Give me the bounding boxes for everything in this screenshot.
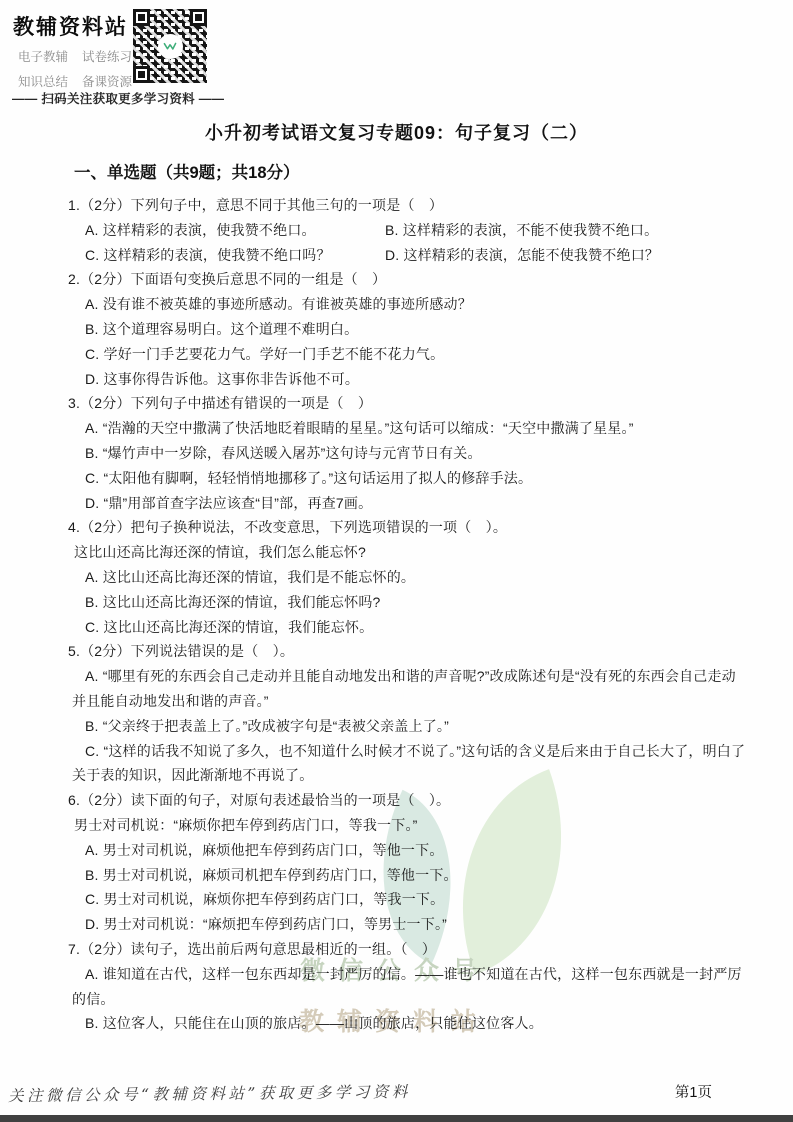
- qr-finder-top-right: [190, 9, 207, 26]
- question-4-option-b: B. 这比山还高比海还深的情谊，我们能忘怀吗?: [72, 590, 750, 615]
- bottom-bar: [0, 1115, 793, 1122]
- question-1-stem: 1.（2分）下列句子中，意思不同于其他三句的一项是（ ）: [68, 193, 750, 218]
- page-number: 第1页: [675, 1081, 712, 1102]
- question-2-option-c: C. 学好一门手艺要花力气。学好一门手艺不能不花力气。: [72, 342, 750, 367]
- question-6-option-b: B. 男士对司机说，麻烦司机把车停到药店门口，等他一下。: [72, 863, 750, 888]
- question-6-stem: 6.（2分）读下面的句子，对原句表述最恰当的一项是（ ）。: [68, 788, 750, 813]
- brand-tagline-3: 知识总结: [18, 72, 68, 90]
- qr-code: [133, 9, 207, 83]
- question-6-intro: 男士对司机说：“麻烦你把车停到药店门口，等我一下。”: [72, 813, 750, 838]
- section-heading: 一、单选题（共9题；共18分）: [74, 159, 300, 183]
- question-7-stem: 7.（2分）读句子，选出前后两句意思最相近的一组。（ ）: [68, 937, 750, 962]
- question-2-stem: 2.（2分）下面语句变换后意思不同的一组是（ ）: [68, 267, 750, 292]
- question-3: 3.（2分）下列句子中描述有错误的一项是（ ） A. “浩瀚的天空中撒满了快活地…: [72, 391, 750, 515]
- scan-caption: —— 扫码关注获取更多学习资料 ——: [12, 89, 224, 107]
- question-3-option-c: C. “太阳他有脚啊，轻轻悄悄地挪移了。”这句话运用了拟人的修辞手法。: [72, 466, 750, 491]
- question-1-options-row-1: A. 这样精彩的表演，使我赞不绝口。 B. 这样精彩的表演，不能不使我赞不绝口。: [72, 218, 750, 243]
- footer-note: 关注微信公众号“教辅资料站”获取更多学习资料: [8, 1080, 411, 1106]
- question-2-option-d: D. 这事你得告诉他。这事你非告诉他不可。: [72, 367, 750, 392]
- question-1-option-a: A. 这样精彩的表演，使我赞不绝口。: [72, 218, 385, 243]
- question-4-stem: 4.（2分）把句子换种说法，不改变意思，下列选项错误的一项（ ）。: [68, 515, 750, 540]
- question-5-option-b: B. “父亲终于把表盖上了。”改成被字句是“表被父亲盖上了。”: [72, 714, 750, 739]
- question-4-option-c: C. 这比山还高比海还深的情谊，我们能忘怀。: [72, 615, 750, 640]
- question-7-option-b: B. 这位客人，只能住在山顶的旅店。——山顶的旅店，只能住这位客人。: [72, 1011, 750, 1036]
- question-7-option-a: A. 谁知道在古代，这样一包东西却是一封严厉的信。——谁也不知道在古代，这样一包…: [72, 962, 750, 1012]
- question-1-option-b: B. 这样精彩的表演，不能不使我赞不绝口。: [385, 218, 750, 243]
- question-1-option-d: D. 这样精彩的表演，怎能不使我赞不绝口？: [385, 243, 750, 268]
- question-3-option-d: D. “鼎”用部首查字法应该查“目”部，再查7画。: [72, 491, 750, 516]
- question-4-intro: 这比山还高比海还深的情谊，我们怎么能忘怀?: [72, 540, 750, 565]
- question-5-option-a: A. “哪里有死的东西会自己走动并且能自动地发出和谐的声音呢?”改成陈述句是“没…: [72, 664, 750, 714]
- question-3-option-a: A. “浩瀚的天空中撒满了快活地眨着眼睛的星星。”这句话可以缩成：“天空中撒满了…: [72, 416, 750, 441]
- document-page: 微信公众号 教辅资料站 教辅资料站 电子教辅 试卷练习 知识总结 备课资源 ——…: [0, 0, 793, 1122]
- brand-tagline-1: 电子教辅: [18, 47, 68, 65]
- question-2-option-a: A. 没有谁不被英雄的事迹所感动。有谁被英雄的事迹所感动？: [72, 292, 750, 317]
- brand-tagline-4: 备课资源: [82, 72, 132, 90]
- question-6-option-c: C. 男士对司机说，麻烦你把车停到药店门口，等我一下。: [72, 887, 750, 912]
- question-2: 2.（2分）下面语句变换后意思不同的一组是（ ） A. 没有谁不被英雄的事迹所感…: [72, 267, 750, 391]
- brand-logo: 教辅资料站: [13, 11, 128, 41]
- brand-tagline-2: 试卷练习: [82, 47, 132, 65]
- question-1: 1.（2分）下列句子中，意思不同于其他三句的一项是（ ） A. 这样精彩的表演，…: [72, 193, 750, 267]
- question-6-option-d: D. 男士对司机说：“麻烦把车停到药店门口，等男士一下。”: [72, 912, 750, 937]
- qr-finder-top-left: [133, 9, 150, 26]
- question-4-option-a: A. 这比山还高比海还深的情谊，我们是不能忘怀的。: [72, 565, 750, 590]
- question-5-stem: 5.（2分）下列说法错误的是（ ）。: [68, 639, 750, 664]
- question-1-option-c: C. 这样精彩的表演，使我赞不绝口吗？: [72, 243, 385, 268]
- question-list: 1.（2分）下列句子中，意思不同于其他三句的一项是（ ） A. 这样精彩的表演，…: [72, 193, 750, 1036]
- qr-center-logo: [158, 34, 183, 59]
- page-title: 小升初考试语文复习专题09：句子复习（二）: [0, 119, 793, 145]
- question-7: 7.（2分）读句子，选出前后两句意思最相近的一组。（ ） A. 谁知道在古代，这…: [72, 937, 750, 1036]
- question-3-stem: 3.（2分）下列句子中描述有错误的一项是（ ）: [68, 391, 750, 416]
- qr-finder-bottom-left: [133, 66, 150, 83]
- question-6-option-a: A. 男士对司机说，麻烦他把车停到药店门口，等他一下。: [72, 838, 750, 863]
- brand-taglines: 电子教辅 试卷练习 知识总结 备课资源: [18, 47, 132, 90]
- question-5-option-c: C. “这样的话我不知说了多久，也不知道什么时候才不说了。”这句话的含义是后来由…: [72, 739, 750, 789]
- question-6: 6.（2分）读下面的句子，对原句表述最恰当的一项是（ ）。 男士对司机说：“麻烦…: [72, 788, 750, 937]
- question-5: 5.（2分）下列说法错误的是（ ）。 A. “哪里有死的东西会自己走动并且能自动…: [72, 639, 750, 788]
- question-1-options-row-2: C. 这样精彩的表演，使我赞不绝口吗？ D. 这样精彩的表演，怎能不使我赞不绝口…: [72, 243, 750, 268]
- leaf-v-icon: [163, 42, 177, 51]
- question-2-option-b: B. 这个道理容易明白。这个道理不难明白。: [72, 317, 750, 342]
- question-3-option-b: B. “爆竹声中一岁除，春风送暖入屠苏”这句诗与元宵节日有关。: [72, 441, 750, 466]
- question-4: 4.（2分）把句子换种说法，不改变意思，下列选项错误的一项（ ）。 这比山还高比…: [72, 515, 750, 639]
